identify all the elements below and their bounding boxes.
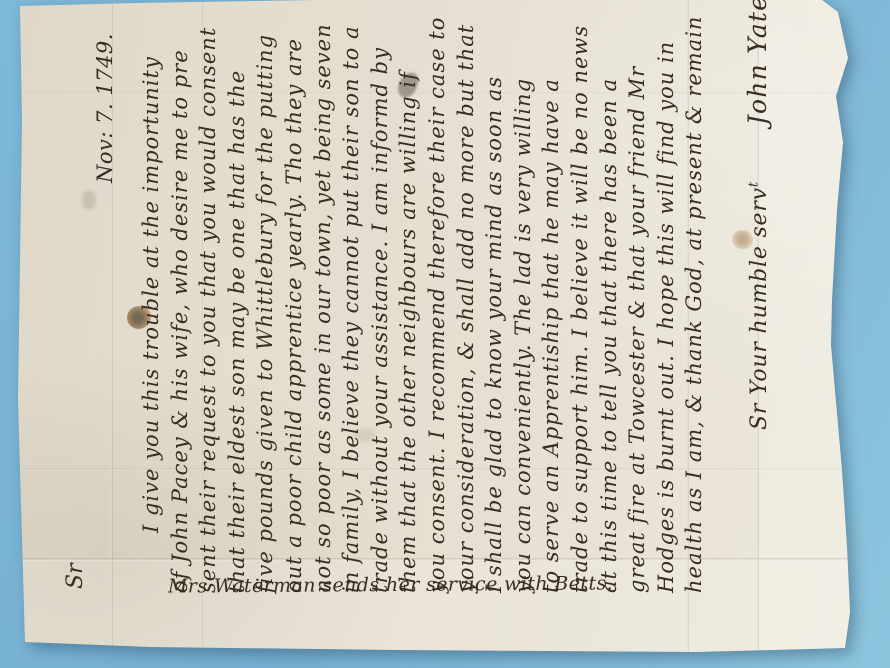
letter-line: you can conveniently. The lad is very wi… — [509, 0, 538, 593]
signature: John Yate — [743, 0, 772, 125]
letter-text-rotated: Sr Nov: 7. 1749. I give you this trouble… — [55, 0, 820, 645]
letter-line: five pounds given to Whittlebury for the… — [251, 0, 280, 593]
letter-line: Hodges is burnt out. I hope this will fi… — [652, 0, 681, 593]
letter-line: great fire at Towcester & that your frie… — [623, 0, 652, 593]
closing: Sr Your humble servt — [747, 181, 772, 430]
letter-line: that their eldest son may be one that ha… — [223, 0, 252, 593]
letter-line: you consent. I recommend therefore their… — [423, 0, 452, 593]
letter-line: trade to support him. I believe it will … — [566, 0, 595, 593]
letter-line: out a poor child apprentice yearly. Tho … — [280, 0, 309, 593]
letter-line: your consideration, & shall add no more … — [452, 0, 481, 593]
postscript: Mrs Waterman sends her service with Bett… — [168, 572, 613, 597]
photo-background: Sr Nov: 7. 1749. I give you this trouble… — [0, 0, 890, 668]
letter-line: to serve an Apprentiship that he may hav… — [537, 0, 566, 593]
letter-line: in family, I believe they cannot put the… — [337, 0, 366, 593]
letter-line: them that the other neighbours are willi… — [394, 0, 423, 593]
paper-sheet: Sr Nov: 7. 1749. I give you this trouble… — [16, 0, 852, 656]
letter-line: I give you this trouble at the importuni… — [137, 0, 166, 593]
letter-paper: Sr Nov: 7. 1749. I give you this trouble… — [0, 0, 852, 656]
letter-body: I give you this trouble at the importuni… — [137, 0, 709, 645]
closing-row: Sr Your humble servt John Yate — [743, 0, 772, 645]
dateline: Nov: 7. 1749. — [93, 0, 123, 645]
letter-line: trade without your assistance. I am info… — [366, 0, 395, 593]
letter-line: of John Pacey & his wife, who desire me … — [166, 0, 195, 593]
letter-line: I shall be glad to know your mind as soo… — [480, 0, 509, 593]
salutation: Sr — [55, 0, 89, 645]
letter-line: at this time to tell you that there has … — [595, 0, 624, 593]
letter-line: not so poor as some in our town, yet bei… — [309, 0, 338, 593]
letter-line: sent their request to you that you would… — [194, 0, 223, 593]
letter-line: health as I am, & thank God, at present … — [680, 0, 709, 593]
